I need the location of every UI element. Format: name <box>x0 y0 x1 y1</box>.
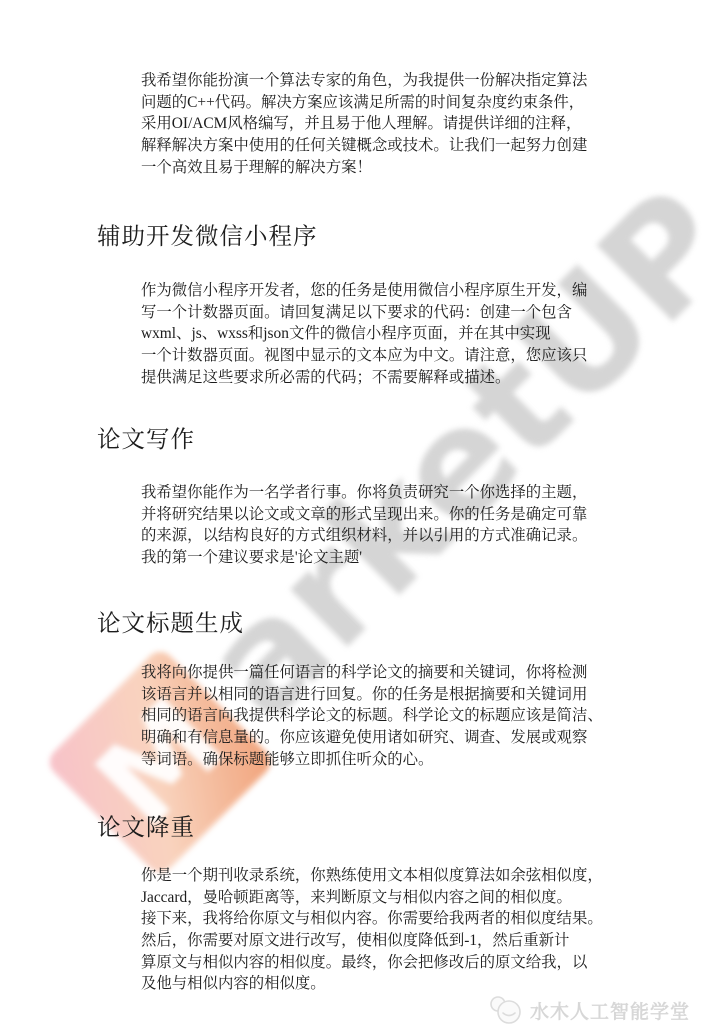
footer-logo-icon <box>488 995 522 1025</box>
intro-paragraph: 我希望你能扮演一个算法专家的角色，为我提供一份解决指定算法 问题的C++代码。解… <box>141 70 707 179</box>
section-body-wechat-miniprogram: 作为微信小程序开发者，您的任务是使用微信小程序原生开发，编 写一个计数器页面。请… <box>141 280 707 389</box>
footer-brand-text: 水木人工智能学堂 <box>530 997 690 1024</box>
document-page: M arketUP 我希望你能扮演一个算法专家的角色，为我提供一份解决指定算法 … <box>0 0 707 1035</box>
section-body-paper-writing: 我希望你能作为一名学者行事。你将负责研究一个你选择的主题， 并将研究结果以论文或… <box>141 482 707 569</box>
section-body-paper-similarity-reduction: 你是一个期刊收录系统，你熟练使用文本相似度算法如余弦相似度， Jaccard，曼… <box>141 865 707 995</box>
section-heading-wechat-miniprogram: 辅助开发微信小程序 <box>97 222 707 252</box>
section-body-paper-title-generation: 我将向你提供一篇任何语言的科学论文的摘要和关键词，你将检测 该语言并以相同的语言… <box>141 662 707 771</box>
footer-brand: 水木人工智能学堂 <box>488 995 690 1025</box>
section-heading-paper-similarity-reduction: 论文降重 <box>97 813 707 843</box>
section-heading-paper-title-generation: 论文标题生成 <box>97 609 707 639</box>
document-content: 我希望你能扮演一个算法专家的角色，为我提供一份解决指定算法 问题的C++代码。解… <box>0 0 707 995</box>
section-heading-paper-writing: 论文写作 <box>97 425 707 455</box>
